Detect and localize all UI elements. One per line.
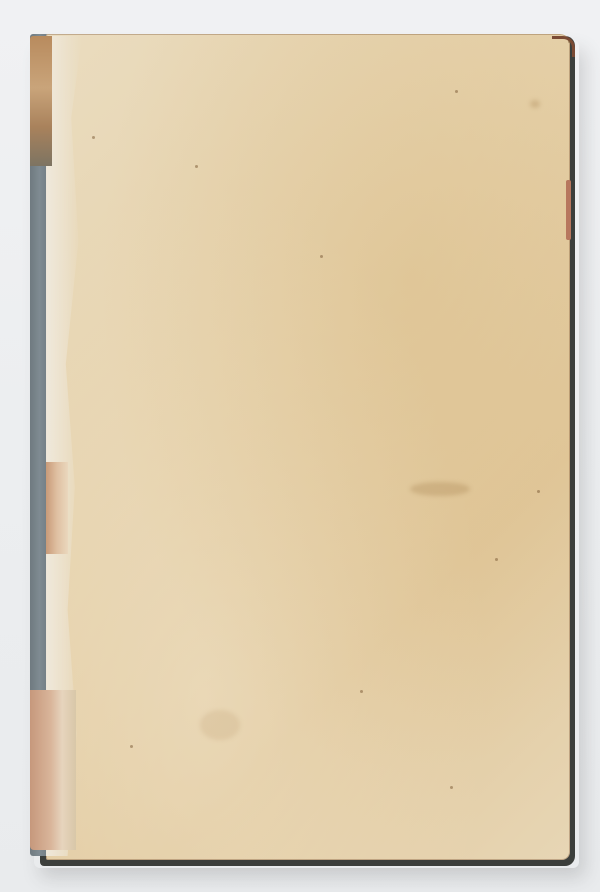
edge-wear-right [566,180,571,240]
speck [320,255,323,258]
speck [360,690,363,693]
speck [92,136,95,139]
speck [195,165,198,168]
speck [495,558,498,561]
book-front-cover [46,34,570,860]
speck [450,786,453,789]
spine-wear-bottom [30,690,76,850]
photo-scene [0,0,600,892]
corner-wear-top-right [552,36,575,57]
speck [130,745,133,748]
speck [455,90,458,93]
speck [568,40,571,43]
stain-mark [200,710,240,740]
spine-wear-middle [46,462,68,554]
stain-mark [530,100,540,108]
speck [537,490,540,493]
spine-wear-top [30,36,52,166]
stain-mark [410,482,470,496]
